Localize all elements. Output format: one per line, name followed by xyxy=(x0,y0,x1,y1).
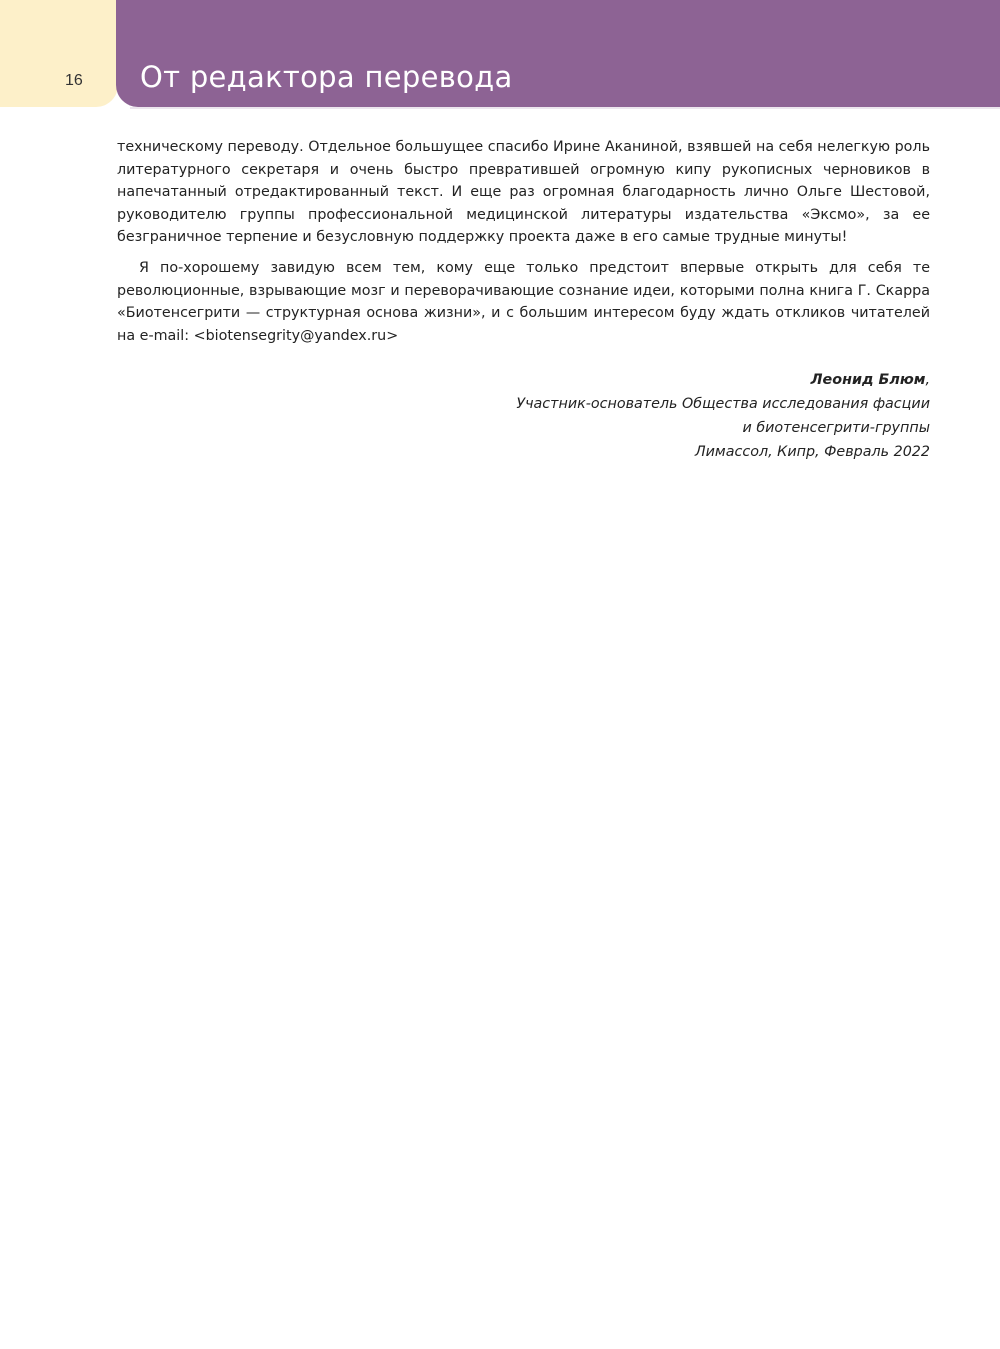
author-affiliation-cont: и биотенсегрити-группы xyxy=(516,416,930,440)
signature-name-line: Леонид Блюм, xyxy=(516,368,930,392)
section-title: От редактора перевода xyxy=(140,60,513,94)
page-number: 16 xyxy=(65,72,83,90)
place-date: Лимассол, Кипр, Февраль 2022 xyxy=(516,440,930,464)
header-divider xyxy=(130,107,1000,109)
author-name-suffix: , xyxy=(925,372,930,388)
paragraph: техническому переводу. Отдельное большущ… xyxy=(117,136,930,249)
page-number-tab xyxy=(0,0,118,107)
author-name: Леонид Блюм xyxy=(811,372,926,388)
signature-block: Леонид Блюм, Участник-основатель Обществ… xyxy=(516,368,930,464)
paragraph: Я по-хорошему завидую всем тем, кому еще… xyxy=(117,257,930,347)
author-affiliation: Участник-основатель Общества исследовани… xyxy=(516,392,930,416)
body-text: техническому переводу. Отдельное большущ… xyxy=(117,136,930,355)
